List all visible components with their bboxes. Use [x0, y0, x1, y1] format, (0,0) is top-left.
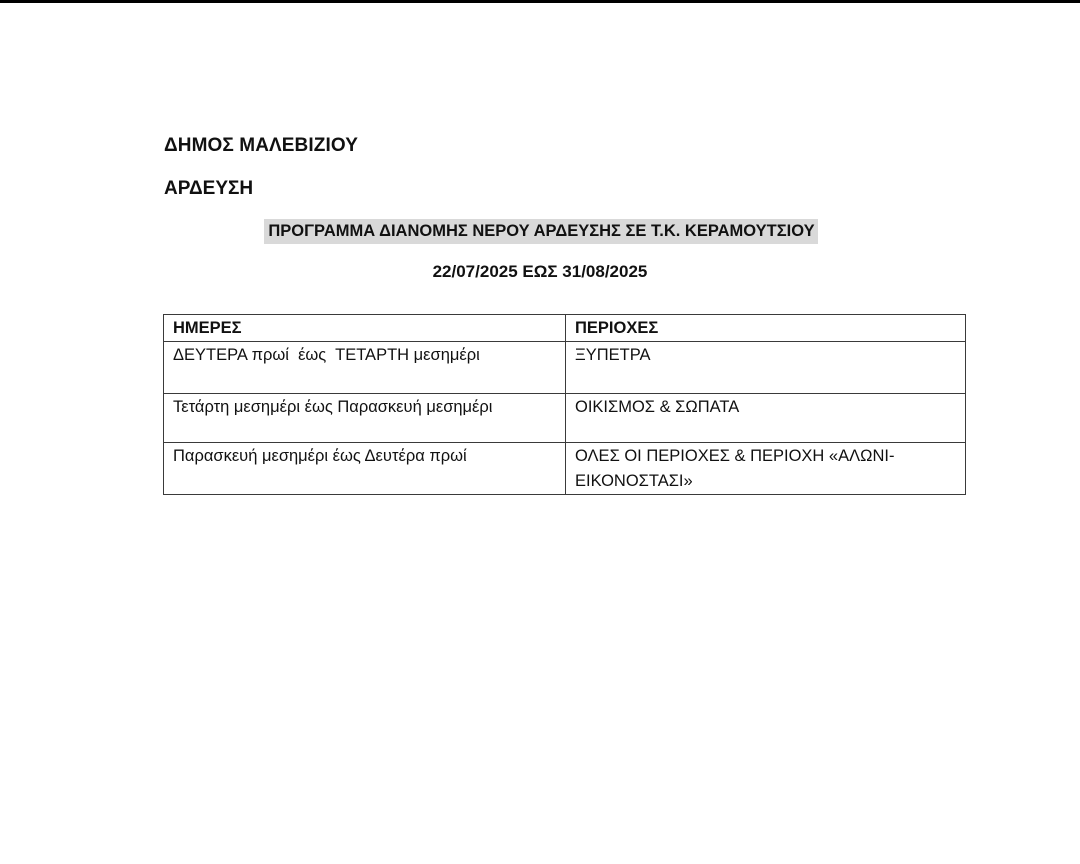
table-header-row: ΗΜΕΡΕΣ ΠΕΡΙΟΧΕΣ: [164, 315, 966, 342]
column-header-areas: ΠΕΡΙΟΧΕΣ: [566, 315, 966, 342]
date-range: 22/07/2025 ΕΩΣ 31/08/2025: [0, 262, 1080, 282]
document-title-container: ΠΡΟΓΡΑΜΜΑ ΔΙΑΝΟΜΗΣ ΝΕΡΟΥ ΑΡΔΕΥΣΗΣ ΣΕ Τ.Κ…: [0, 219, 1080, 244]
days-cell: Παρασκευή μεσημέρι έως Δευτέρα πρωί: [164, 443, 566, 495]
days-cell: ΔΕΥΤΕΡΑ πρωί έως ΤΕΤΑΡΤΗ μεσημέρι: [164, 342, 566, 394]
table-row: Τετάρτη μεσημέρι έως Παρασκευή μεσημέρι …: [164, 394, 966, 443]
areas-cell: ΟΛΕΣ ΟΙ ΠΕΡΙΟΧΕΣ & ΠΕΡΙΟΧΗ «ΑΛΩΝΙ-ΕΙΚΟΝΟ…: [566, 443, 966, 495]
top-border-strip: [0, 0, 1080, 3]
document-title: ΠΡΟΓΡΑΜΜΑ ΔΙΑΝΟΜΗΣ ΝΕΡΟΥ ΑΡΔΕΥΣΗΣ ΣΕ Τ.Κ…: [264, 219, 817, 244]
column-header-days: ΗΜΕΡΕΣ: [164, 315, 566, 342]
days-cell: Τετάρτη μεσημέρι έως Παρασκευή μεσημέρι: [164, 394, 566, 443]
areas-cell: ΟΙΚΙΣΜΟΣ & ΣΩΠΑΤΑ: [566, 394, 966, 443]
table-row: ΔΕΥΤΕΡΑ πρωί έως ΤΕΤΑΡΤΗ μεσημέρι ΞΥΠΕΤΡ…: [164, 342, 966, 394]
organization-name: ΔΗΜΟΣ ΜΑΛΕΒΙΖΙΟΥ: [164, 135, 358, 157]
department-name: ΑΡΔΕΥΣΗ: [164, 178, 253, 200]
schedule-table: ΗΜΕΡΕΣ ΠΕΡΙΟΧΕΣ ΔΕΥΤΕΡΑ πρωί έως ΤΕΤΑΡΤΗ…: [163, 314, 966, 495]
areas-cell: ΞΥΠΕΤΡΑ: [566, 342, 966, 394]
table-row: Παρασκευή μεσημέρι έως Δευτέρα πρωί ΟΛΕΣ…: [164, 443, 966, 495]
